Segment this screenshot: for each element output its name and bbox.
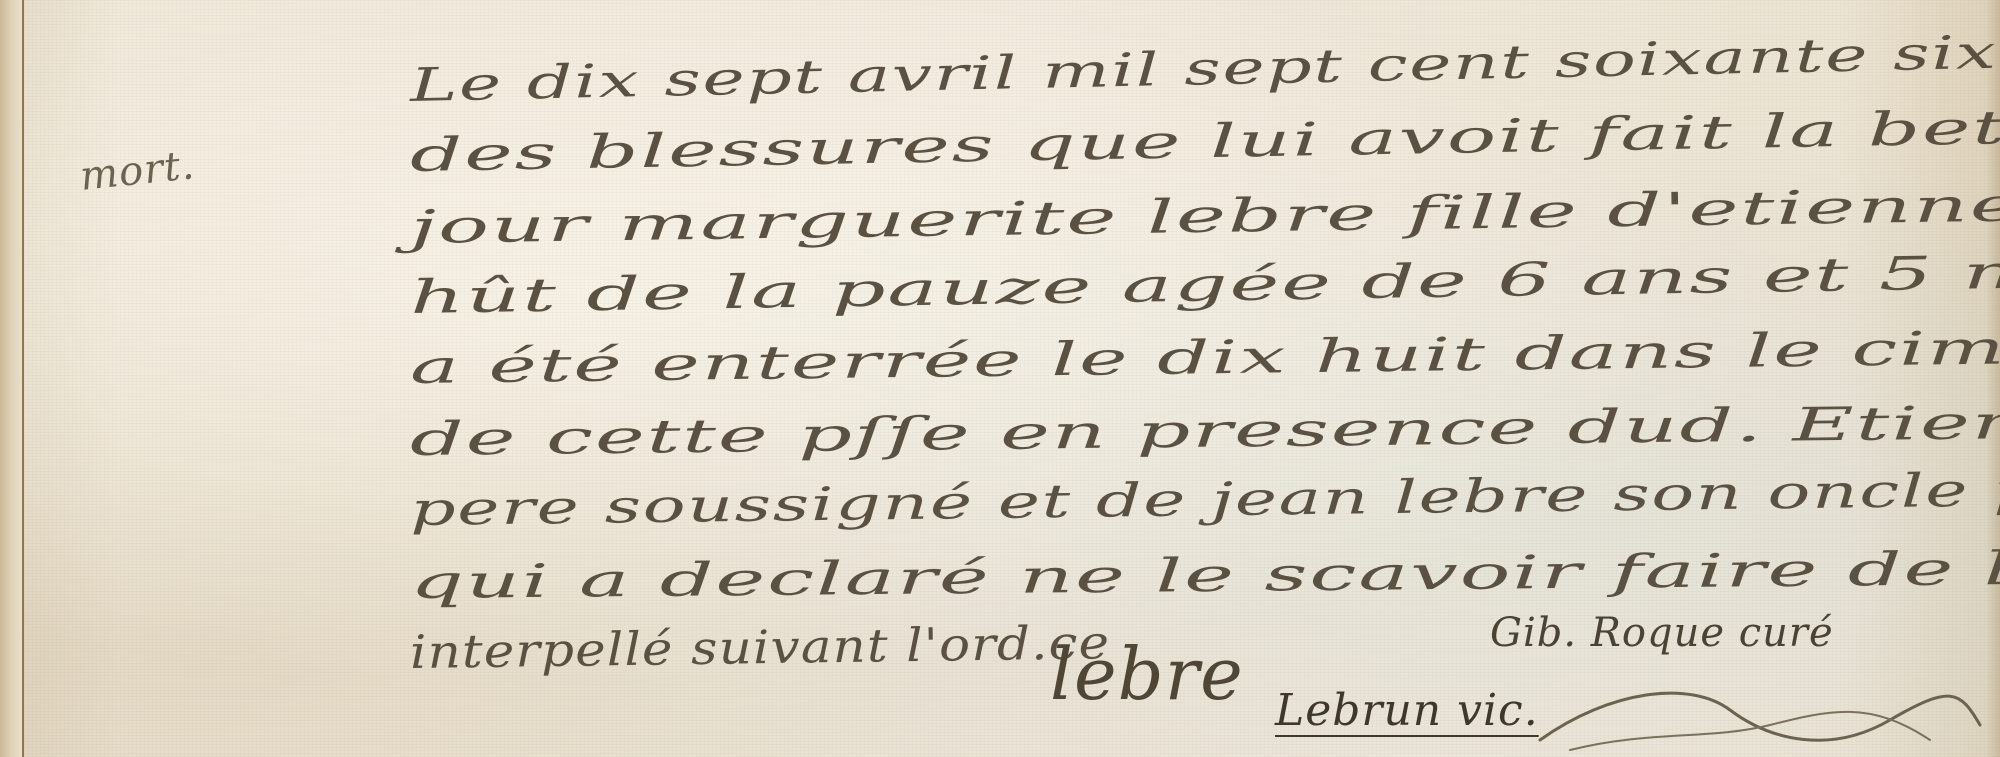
signature-flourish-icon bbox=[1530, 670, 1990, 757]
text-line-9: interpellé suivant l'ord.ce bbox=[410, 615, 1111, 679]
text-line-5: a été enterrée le dix huit dans le cimet… bbox=[410, 317, 2000, 394]
page-left-edge bbox=[0, 0, 24, 757]
signature-vicaire: Lebrun vic. bbox=[1275, 685, 1539, 736]
text-line-1: Le dix sept avril mil sept cent soixante… bbox=[409, 17, 2000, 112]
signature-cure: Gib. Roque curé bbox=[1490, 610, 1834, 656]
manuscript-page: mort. Le dix sept avril mil sept cent so… bbox=[0, 0, 2000, 757]
text-line-6: de cette pſſe en presence dud. Etienne l… bbox=[410, 391, 2000, 466]
signature-father: lebre bbox=[1050, 632, 1244, 716]
margin-note: mort. bbox=[78, 142, 197, 200]
text-line-3: jour marguerite lebre fille d'etienne me… bbox=[410, 172, 2000, 254]
text-line-8: qui a declaré ne le scavoir faire de la bbox=[410, 541, 2000, 609]
text-line-7: pere soussigné et de jean lebre son oncl… bbox=[410, 459, 2000, 536]
text-line-4: hût de la pauze agée de 6 ans et 5 mois … bbox=[410, 241, 2000, 324]
